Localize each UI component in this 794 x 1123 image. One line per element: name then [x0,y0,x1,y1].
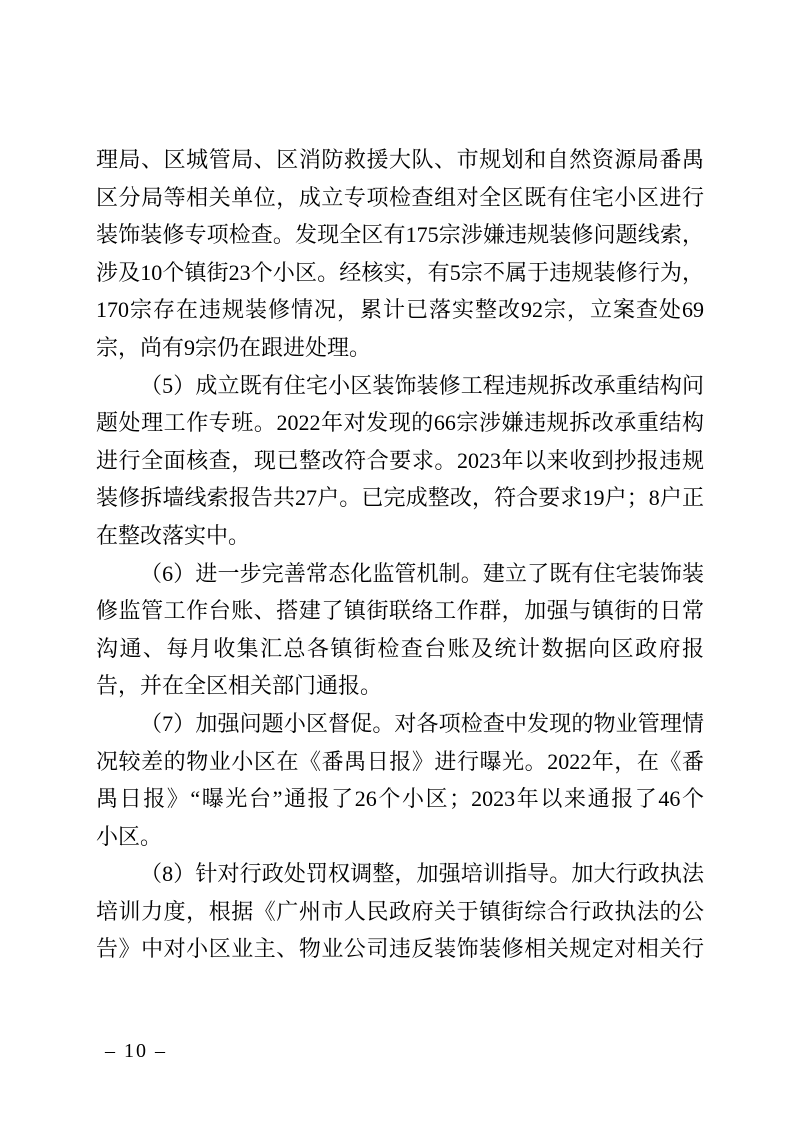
text-line: 告》中对小区业主、物业公司违反装饰装修相关规定对相关行 [96,930,704,968]
text-line: 进行全面核查，现已整改符合要求。2023年以来收到抄报违规 [96,442,704,480]
paragraph-item-7: （7）加强问题小区督促。对各项检查中发现的物业管理情 况较差的物业小区在《番禺日… [96,705,704,855]
document-page: 理局、区城管局、区消防救援大队、市规划和自然资源局番禺 区分局等相关单位，成立专… [0,0,794,1123]
text-line: 培训力度，根据《广州市人民政府关于镇街综合行政执法的公 [96,893,704,931]
paragraph-item-8: （8）针对行政处罚权调整，加强培训指导。加大行政执法 培训力度，根据《广州市人民… [96,855,704,968]
text-line: 题处理工作专班。2022年对发现的66宗涉嫌违规拆改承重结构 [96,404,704,442]
text-line: 沟通、每月收集汇总各镇街检查台账及统计数据向区政府报 [96,630,704,668]
text-line: 在整改落实中。 [96,517,704,555]
document-body-text: 理局、区城管局、区消防救援大队、市规划和自然资源局番禺 区分局等相关单位，成立专… [96,141,704,968]
page-number: – 10 – [105,1040,167,1063]
text-line: 禺日报》“曝光台”通报了26个小区；2023年以来通报了46个 [96,780,704,818]
text-line: 装饰装修专项检查。发现全区有175宗涉嫌违规装修问题线索， [96,216,704,254]
text-line: （6）进一步完善常态化监管机制。建立了既有住宅装饰装 [96,555,704,593]
text-line: 宗，尚有9宗仍在跟进处理。 [96,329,704,367]
text-line: 理局、区城管局、区消防救援大队、市规划和自然资源局番禺 [96,141,704,179]
text-line: 告，并在全区相关部门通报。 [96,667,704,705]
text-line: 区分局等相关单位，成立专项检查组对全区既有住宅小区进行 [96,179,704,217]
text-line: （5）成立既有住宅小区装饰装修工程违规拆改承重结构问 [96,367,704,405]
paragraph-item-5: （5）成立既有住宅小区装饰装修工程违规拆改承重结构问 题处理工作专班。2022年… [96,367,704,555]
text-line: 170宗存在违规装修情况，累计已落实整改92宗，立案查处69 [96,291,704,329]
text-line: 况较差的物业小区在《番禺日报》进行曝光。2022年，在《番 [96,743,704,781]
paragraph-continuation: 理局、区城管局、区消防救援大队、市规划和自然资源局番禺 区分局等相关单位，成立专… [96,141,704,367]
text-line: 小区。 [96,818,704,856]
text-line: （7）加强问题小区督促。对各项检查中发现的物业管理情 [96,705,704,743]
text-line: 涉及10个镇街23个小区。经核实，有5宗不属于违规装修行为， [96,254,704,292]
text-line: （8）针对行政处罚权调整，加强培训指导。加大行政执法 [96,855,704,893]
text-line: 装修拆墙线索报告共27户。已完成整改，符合要求19户；8户正 [96,479,704,517]
paragraph-item-6: （6）进一步完善常态化监管机制。建立了既有住宅装饰装 修监管工作台账、搭建了镇街… [96,555,704,705]
text-line: 修监管工作台账、搭建了镇街联络工作群，加强与镇街的日常 [96,592,704,630]
